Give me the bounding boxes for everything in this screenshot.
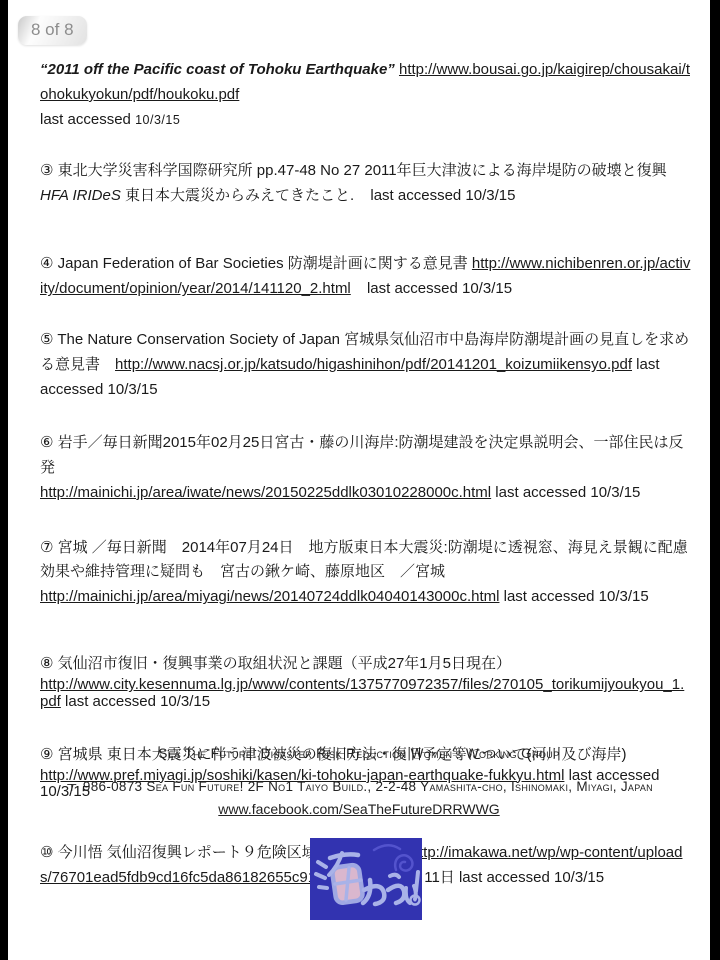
reference-5: ⑤ The Nature Conservation Society of Jap… — [40, 328, 692, 403]
document-page: 8 of 8 “2011 off the Pacific coast of To… — [8, 0, 710, 960]
reference-7-link[interactable]: http://mainichi.jp/area/miyagi/news/2014… — [40, 588, 499, 605]
reference-3-accessed: last accessed 10/3/15 — [370, 187, 515, 204]
sea-mirai-logo — [310, 838, 422, 920]
reference-3: ③ 東北大学災害科学国際研究所 pp.47-48 No 27 2011年巨大津波… — [40, 159, 692, 209]
logo-background — [310, 838, 422, 920]
reference-3-text-after: 東日本大震災からみえてきたこと. — [121, 187, 354, 204]
reference-8-text: ⑧ 気仙沼市復旧・復興事業の取組状況と課題（平成27年1月5日現在） — [40, 652, 692, 677]
reference-6: ⑥ 岩手／毎日新聞2015年02月25日宮古・藤の川海岸:防潮堤建設を決定県説明… — [40, 431, 692, 506]
organization-name: Sea The Future! Disaster Risk Reduction … — [8, 746, 710, 761]
reference-3-italic: HFA IRIDeS — [40, 187, 121, 204]
reference-8-accessed: last accessed 10/3/15 — [61, 693, 210, 710]
reference-6-text: ⑥ 岩手／毎日新聞2015年02月25日宮古・藤の川海岸:防潮堤建設を決定県説明… — [40, 431, 692, 481]
document-footer: Sea The Future! Disaster Risk Reduction … — [8, 746, 710, 817]
facebook-link[interactable]: www.facebook.com/SeaTheFutureDRRWWG — [218, 801, 499, 817]
reference-2-accessed-date: 10/3/15 — [135, 113, 180, 127]
reference-4-accessed: last accessed 10/3/15 — [367, 280, 512, 297]
page-indicator-badge: 8 of 8 — [18, 16, 87, 45]
reference-4-text: ④ Japan Federation of Bar Societies 防潮堤計… — [40, 255, 472, 272]
reference-3-text: ③ 東北大学災害科学国際研究所 pp.47-48 No 27 2011年巨大津波… — [40, 162, 667, 179]
reference-8-link-line: http://www.city.kesennuma.lg.jp/www/cont… — [40, 677, 692, 711]
screen: 8 of 8 “2011 off the Pacific coast of To… — [0, 0, 720, 960]
reference-7: ⑦ 宮城 ／毎日新聞 2014年07月24日 地方版東日本大震災:防潮堤に透視窓… — [40, 536, 692, 611]
reference-7-text: ⑦ 宮城 ／毎日新聞 2014年07月24日 地方版東日本大震災:防潮堤に透視窓… — [40, 539, 688, 581]
reference-2: “2011 off the Pacific coast of Tohoku Ea… — [40, 58, 692, 133]
reference-5-link[interactable]: http://www.nacsj.or.jp/katsudo/higashini… — [115, 356, 632, 373]
reference-2-title: “2011 off the Pacific coast of Tohoku Ea… — [40, 61, 399, 78]
reference-2-accessed: last accessed 10/3/15 — [40, 108, 692, 133]
reference-7-accessed: last accessed 10/3/15 — [499, 588, 648, 605]
reference-6-link[interactable]: http://mainichi.jp/area/iwate/news/20150… — [40, 484, 491, 501]
organization-address: 〒 986-0873 Sea Fun Future! 2F No1 Taiyo … — [8, 775, 710, 795]
reference-6-accessed: last accessed 10/3/15 — [491, 484, 640, 501]
reference-7-link-line: http://mainichi.jp/area/miyagi/news/2014… — [40, 585, 692, 610]
reference-8: ⑧ 気仙沼市復旧・復興事業の取組状況と課題（平成27年1月5日現在） http:… — [40, 652, 692, 710]
reference-6-link-line: http://mainichi.jp/area/iwate/news/20150… — [40, 481, 692, 506]
facebook-link-line: www.facebook.com/SeaTheFutureDRRWWG — [8, 801, 710, 817]
reference-4: ④ Japan Federation of Bar Societies 防潮堤計… — [40, 252, 692, 302]
